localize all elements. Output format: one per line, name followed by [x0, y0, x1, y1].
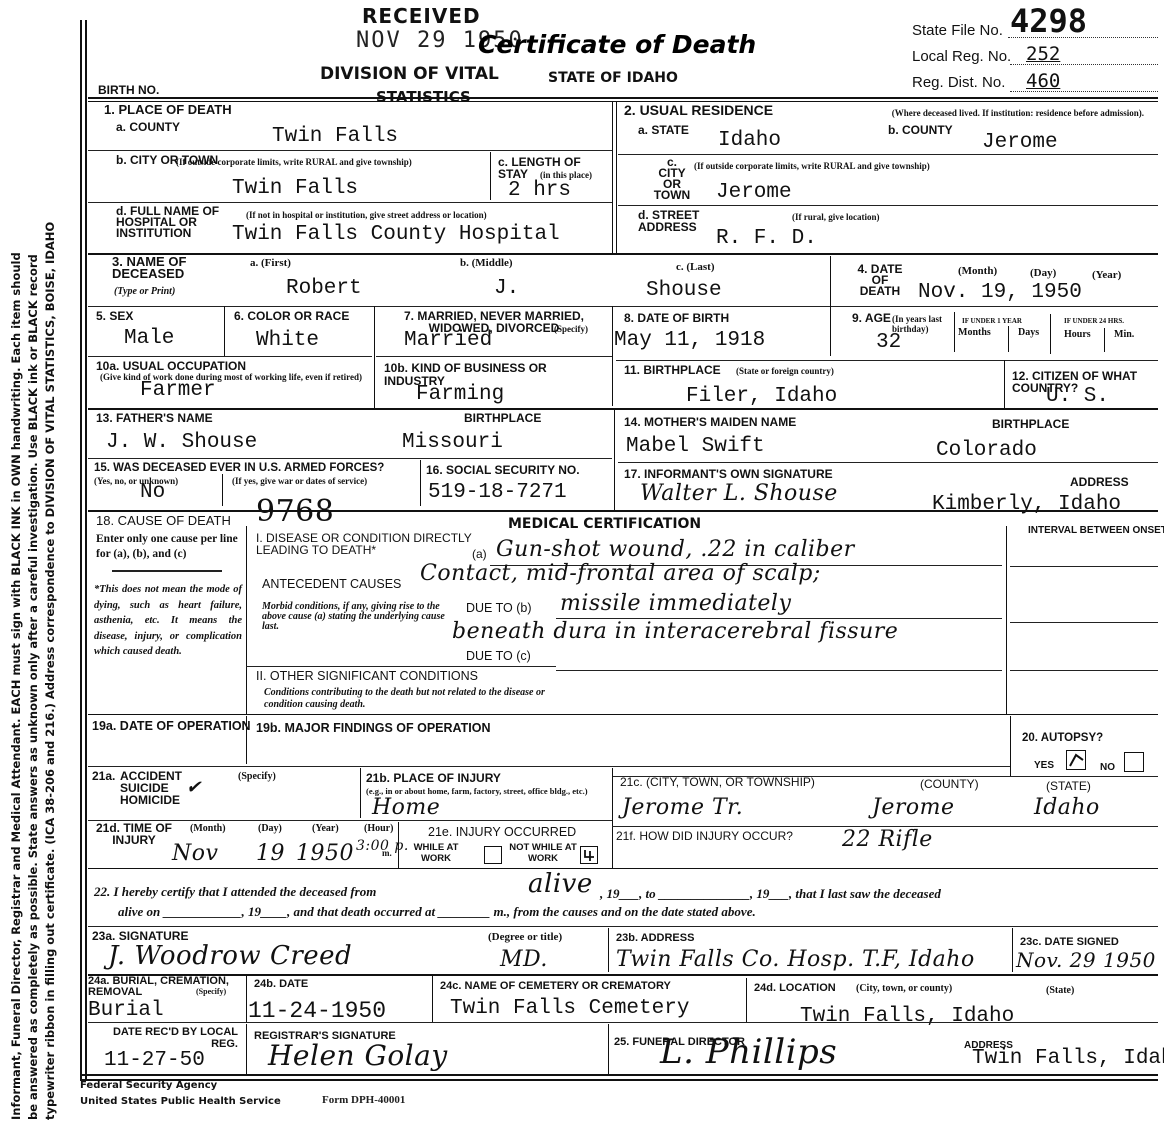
- middle-name-label: b. (Middle): [460, 258, 513, 268]
- armed-forces-service-note: (If yes, give war or dates of service): [232, 476, 367, 486]
- birthplace-value: Filer, Idaho: [686, 386, 837, 408]
- cause-line-a-value: Gun-shot wound, .22 in caliber: [496, 538, 855, 562]
- side-instruction-line-1: Informant, Funeral Director, Registrar a…: [8, 10, 25, 1120]
- injury-occurred-label: 21e. INJURY OCCURRED: [428, 826, 576, 838]
- res-city-label: c. CITY OR TOWN: [652, 157, 692, 201]
- res-street-label: d. STREET ADDRESS: [638, 209, 718, 233]
- degree-label: (Degree or title): [488, 932, 562, 942]
- ssn-value: 519-18-7271: [428, 482, 567, 504]
- first-name-value: Robert: [286, 278, 362, 300]
- antecedent-causes-label: ANTECEDENT CAUSES: [262, 578, 401, 590]
- last-name-value: Shouse: [646, 280, 722, 302]
- footer-agency-line2: United States Public Health Service: [80, 1096, 281, 1107]
- father-name-value: J. W. Shouse: [106, 432, 257, 454]
- mother-name-value: Mabel Swift: [626, 436, 765, 458]
- document-title: Certificate of Death: [478, 30, 756, 59]
- reg-dist-value: 460: [1026, 70, 1060, 92]
- injury-type-label-21a: 21a.: [92, 770, 115, 782]
- mother-birthplace-label: BIRTHPLACE: [992, 418, 1069, 430]
- injury-location-county-value: Jerome: [872, 796, 954, 820]
- date-of-death-value: Nov. 19, 1950: [918, 282, 1082, 304]
- res-state-label: a. STATE: [638, 124, 689, 136]
- not-while-at-work-checkbox[interactable]: [580, 846, 598, 864]
- res-state-value: Idaho: [718, 130, 781, 152]
- pod-city-label: b. CITY OR TOWN: [116, 155, 176, 166]
- left-border: [80, 20, 82, 1080]
- armed-forces-value: No: [140, 482, 165, 504]
- dod-month-label: (Month): [958, 266, 997, 276]
- informant-label: 17. INFORMANT'S OWN SIGNATURE: [624, 468, 833, 480]
- age-note: (In years last birthday): [892, 314, 952, 334]
- race-label: 6. COLOR OR RACE: [234, 310, 349, 322]
- degree-value: MD.: [500, 948, 548, 972]
- operation-findings-label: 19b. MAJOR FINDINGS OF OPERATION: [256, 722, 491, 734]
- date-recd-label: DATE REC'D BY LOCAL REG.: [88, 1026, 238, 1050]
- checkmark-icon: [1067, 751, 1085, 769]
- autopsy-yes-label: YES: [1034, 760, 1054, 772]
- injury-type-checkmark-icon: ✔: [186, 776, 202, 800]
- dod-day-label: (Day): [1030, 268, 1056, 278]
- under-24-label: IF UNDER 24 HRS.: [1064, 316, 1124, 326]
- occupation-label: 10a. USUAL OCCUPATION: [96, 360, 246, 372]
- injury-type-options: ACCIDENT SUICIDE HOMICIDE: [120, 770, 182, 806]
- registrar-signature-value: Helen Golay: [268, 1044, 448, 1068]
- other-conditions-note: Conditions contributing to the death but…: [264, 687, 564, 711]
- disease-label: I. DISEASE OR CONDITION DIRECTLY LEADING…: [256, 532, 476, 556]
- due-to-c-label: DUE TO (c): [466, 650, 531, 662]
- occupation-value: Farmer: [140, 380, 216, 402]
- hours-label: Hours: [1064, 330, 1091, 340]
- date-recd-value: 11-27-50: [104, 1050, 205, 1072]
- last-name-label: c. (Last): [676, 262, 715, 272]
- certify-handwritten-alive: alive: [528, 872, 593, 896]
- citizen-value: U. S.: [1046, 386, 1109, 408]
- medical-certification-header: MEDICAL CERTIFICATION: [508, 516, 701, 532]
- header-rule-2: [88, 101, 1158, 102]
- marital-note: (Specify): [554, 324, 588, 334]
- pod-city-value: Twin Falls: [232, 178, 358, 200]
- burial-location-label: 24d. LOCATION: [754, 982, 836, 994]
- burial-location-note: (City, town, or county): [856, 984, 952, 994]
- interval-label: INTERVAL BETWEEN ONSET AND DEATH: [1028, 526, 1148, 536]
- cause-footnote: *This does not mean the mode of dying, s…: [94, 582, 242, 660]
- place-of-injury-label: 21b. PLACE OF INJURY: [366, 772, 501, 784]
- cause-line-a2-value: Contact, mid-frontal area of scalp;: [420, 562, 821, 586]
- birth-no-label: BIRTH NO.: [98, 84, 159, 96]
- burial-location-state-label: (State): [1046, 986, 1074, 996]
- sex-label: 5. SEX: [96, 310, 133, 322]
- certify-text-2: , 19___, to ______________, 19___, that …: [600, 888, 941, 899]
- armed-forces-yesno-note: (Yes, no, or unknown): [94, 476, 178, 486]
- age-value: 32: [876, 332, 901, 354]
- usual-residence-label: 2. USUAL RESIDENCE: [624, 104, 773, 116]
- time-hour-label: (Hour): [364, 824, 393, 834]
- other-conditions-label: II. OTHER SIGNIFICANT CONDITIONS: [256, 670, 478, 682]
- certify-text-3: alive on ____________, 19____, and that …: [118, 906, 756, 917]
- side-instruction-line-3: typewriter ribbon in filling out certifi…: [42, 10, 59, 1120]
- state-file-label: State File No.: [912, 22, 1003, 39]
- ssn-label: 16. SOCIAL SECURITY NO.: [426, 464, 606, 476]
- under-year-label: IF UNDER 1 YEAR: [962, 316, 1022, 326]
- burial-location-value: Twin Falls, Idaho: [800, 1006, 1014, 1028]
- res-county-label: b. COUNTY: [888, 124, 953, 136]
- received-stamp-division: DIVISION OF VITAL: [320, 64, 499, 84]
- mother-name-label: 14. MOTHER'S MAIDEN NAME: [624, 416, 796, 428]
- autopsy-no-checkbox[interactable]: [1124, 752, 1144, 772]
- cause-line-b-value: missile immediately: [560, 592, 791, 616]
- cause-instruction: Enter only one cause per line for (a), (…: [96, 532, 242, 562]
- cemetery-value: Twin Falls Cemetery: [450, 998, 689, 1020]
- burial-date-label: 24b. DATE: [254, 978, 308, 990]
- physician-address-label: 23b. ADDRESS: [616, 932, 694, 944]
- burial-date-value: 11-24-1950: [248, 1000, 386, 1022]
- autopsy-no-label: NO: [1100, 762, 1115, 774]
- handwritten-file-number: 9768: [256, 500, 334, 524]
- father-name-label: 13. FATHER'S NAME: [96, 412, 213, 424]
- dod-year-label: (Year): [1092, 270, 1121, 280]
- birthplace-note: (State or foreign country): [736, 366, 834, 376]
- res-street-note: (If rural, give location): [792, 212, 879, 222]
- funeral-director-signature: L. Phillips: [660, 1040, 837, 1064]
- injury-type-specify: (Specify): [238, 772, 276, 782]
- informant-address-value: Kimberly, Idaho: [932, 494, 1121, 516]
- checkmark-icon: [581, 847, 597, 863]
- due-to-b-label: DUE TO (b): [466, 602, 532, 614]
- while-at-work-checkbox[interactable]: [484, 846, 502, 864]
- time-month-label: (Month): [190, 824, 226, 834]
- physician-signature-value: J. Woodrow Creed: [108, 944, 352, 968]
- date-of-death-label: 4. DATE OF DEATH: [852, 264, 908, 297]
- mother-birthplace-value: Colorado: [936, 440, 1037, 462]
- state-file-value: 4298: [1010, 2, 1087, 40]
- marital-value: Married: [404, 330, 492, 352]
- deceased-name-note: (Type or Print): [114, 286, 175, 297]
- injury-location-city-value: Jerome Tr.: [622, 796, 743, 820]
- local-reg-value: 252: [1026, 43, 1060, 65]
- cemetery-label: 24c. NAME OF CEMETERY OR CREMATORY: [440, 980, 671, 992]
- disposition-value: Burial: [88, 1000, 164, 1022]
- sex-value: Male: [124, 328, 174, 350]
- deceased-name-label: 3. NAME OF DECEASED: [112, 256, 202, 280]
- months-label: Months: [958, 328, 991, 338]
- while-at-work-label: WHILE AT WORK: [406, 842, 466, 864]
- injury-location-label: 21c. (CITY, TOWN, OR TOWNSHIP): [620, 776, 815, 788]
- pod-hospital-label: d. FULL NAME OF HOSPITAL OR INSTITUTION: [116, 206, 236, 239]
- dob-label: 8. DATE OF BIRTH: [624, 312, 729, 324]
- usual-residence-note: (Where deceased lived. If institution: r…: [838, 108, 1144, 118]
- cause-of-death-label: 18. CAUSE OF DEATH: [96, 515, 231, 527]
- reg-dist-dots: [1010, 91, 1158, 92]
- pod-hospital-note: (If not in hospital or institution, give…: [246, 210, 487, 220]
- morbid-note: Morbid conditions, if any, giving rise t…: [262, 602, 462, 632]
- pod-city-note: (If outside corporate limits, write RURA…: [176, 157, 476, 167]
- autopsy-label: 20. AUTOPSY?: [1022, 732, 1103, 744]
- physician-address-value: Twin Falls Co. Hosp. T.F, Idaho: [616, 948, 975, 972]
- header-rule: [88, 97, 1158, 99]
- date-signed-label: 23c. DATE SIGNED: [1020, 936, 1119, 948]
- time-m-label: m.: [382, 848, 392, 858]
- date-signed-value: Nov. 29 1950: [1016, 948, 1156, 972]
- res-city-note: (If outside corporate limits, write RURA…: [694, 161, 930, 171]
- state-file-dots: [1008, 37, 1158, 38]
- father-birthplace-label: BIRTHPLACE: [464, 412, 541, 424]
- disposition-note: (Specify): [196, 987, 226, 997]
- line-a-label: (a): [472, 548, 487, 560]
- min-label: Min.: [1114, 330, 1134, 340]
- informant-signature: Walter L. Shouse: [640, 482, 838, 506]
- birthplace-label: 11. BIRTHPLACE: [624, 364, 721, 376]
- certify-text-1: 22. I hereby certify that I attended the…: [94, 886, 376, 897]
- cause-line-b2-value: beneath dura in interacerebral fissure: [452, 620, 898, 644]
- injury-type-homicide: HOMICIDE: [120, 794, 182, 806]
- pod-county-value: Twin Falls: [272, 126, 398, 148]
- pod-hospital-value: Twin Falls County Hospital: [232, 224, 560, 246]
- first-name-label: a. (First): [250, 258, 291, 268]
- armed-forces-label: 15. WAS DECEASED EVER IN U.S. ARMED FORC…: [94, 462, 384, 474]
- time-day-label: (Day): [258, 824, 282, 834]
- time-year-label: (Year): [312, 824, 339, 834]
- injury-location-county-label: (COUNTY): [920, 778, 979, 790]
- side-instruction-line-2: be answered as completely as possible. S…: [25, 10, 42, 1120]
- res-city-value: Jerome: [716, 182, 792, 204]
- operation-date-label: 19a. DATE OF OPERATION: [92, 720, 238, 733]
- footer-form-number: Form DPH-40001: [322, 1094, 405, 1106]
- local-reg-label: Local Reg. No.: [912, 48, 1011, 65]
- time-year-value: 1950: [296, 842, 354, 866]
- business-value: Farming: [416, 384, 504, 406]
- pod-county-label: a. COUNTY: [116, 121, 180, 133]
- informant-address-label: ADDRESS: [1070, 476, 1129, 488]
- time-month-value: Nov: [172, 842, 218, 866]
- res-street-value: R. F. D.: [716, 228, 817, 250]
- middle-name-value: J.: [494, 278, 519, 300]
- place-of-injury-value: Home: [372, 796, 440, 820]
- footer-agency-line1: Federal Security Agency: [80, 1080, 217, 1091]
- time-of-injury-label: 21d. TIME OF INJURY: [92, 822, 176, 846]
- left-border-inner: [85, 20, 87, 1080]
- received-stamp-line1: RECEIVED: [362, 4, 481, 28]
- res-county-value: Jerome: [982, 132, 1058, 154]
- occupation-note: (Give kind of work done during most of w…: [96, 372, 366, 382]
- local-reg-dots: [1010, 64, 1158, 65]
- funeral-address-value: Twin Falls, Idaho: [972, 1048, 1164, 1070]
- state-heading: STATE OF IDAHO: [548, 70, 678, 86]
- how-injury-value: 22 Rifle: [842, 828, 933, 852]
- days-label: Days: [1018, 328, 1039, 338]
- autopsy-yes-checkbox[interactable]: [1066, 750, 1086, 770]
- dob-value: May 11, 1918: [614, 330, 765, 352]
- injury-location-state-value: Idaho: [1034, 796, 1100, 820]
- injury-location-state-label: (STATE): [1046, 780, 1091, 792]
- how-injury-label: 21f. HOW DID INJURY OCCUR?: [616, 830, 793, 842]
- reg-dist-label: Reg. Dist. No.: [912, 74, 1005, 91]
- pod-stay-value: 2 hrs: [508, 180, 571, 202]
- side-instructions: Informant, Funeral Director, Registrar a…: [8, 10, 59, 1120]
- not-while-at-work-label: NOT WHILE AT WORK: [508, 842, 578, 864]
- age-label: 9. AGE: [852, 312, 891, 324]
- race-value: White: [256, 330, 319, 352]
- place-of-death-label: 1. PLACE OF DEATH: [104, 104, 232, 116]
- father-birthplace-value: Missouri: [402, 432, 503, 454]
- time-day-value: 19: [256, 842, 285, 866]
